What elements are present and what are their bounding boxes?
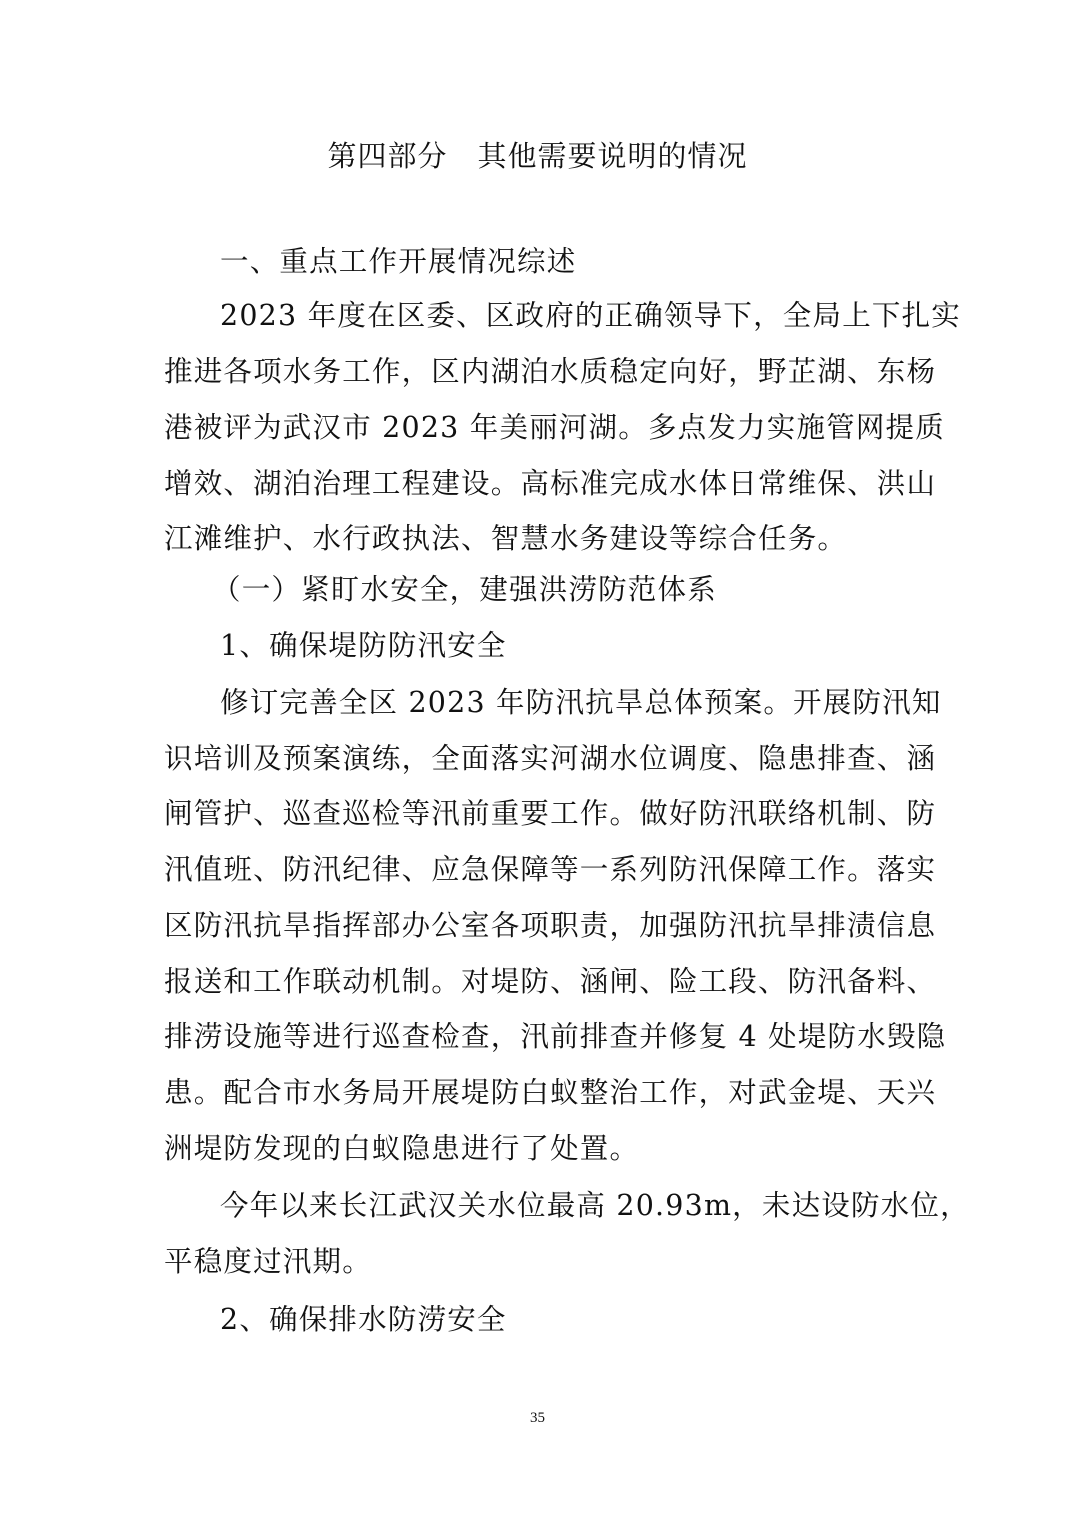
heading-level-2: （一）紧盯水安全，建强洪涝防范体系 <box>212 570 960 610</box>
section-title: 第四部分 其他需要说明的情况 <box>0 134 1075 175</box>
paragraph-line: 洲堤防发现的白蚁隐患进行了处置。 <box>164 1129 912 1169</box>
paragraph-line: 汛值班、防汛纪律、应急保障等一系列防汛保障工作。落实 <box>164 850 912 890</box>
paragraph-line: 区防汛抗旱指挥部办公室各项职责，加强防汛抗旱排渍信息 <box>164 906 912 946</box>
paragraph-line: 增效、湖泊治理工程建设。高标准完成水体日常维保、洪山 <box>164 464 912 504</box>
paragraph-line: 修订完善全区 2023 年防汛抗旱总体预案。开展防汛知 <box>220 683 968 723</box>
paragraph-line: 患。配合市水务局开展堤防白蚁整治工作，对武金堤、天兴 <box>164 1073 912 1113</box>
paragraph-line: 港被评为武汉市 2023 年美丽河湖。多点发力实施管网提质 <box>164 408 912 448</box>
page-number: 35 <box>0 1410 1075 1427</box>
heading-level-3: 2、确保排水防涝安全 <box>220 1300 968 1340</box>
paragraph-line: 江滩维护、水行政执法、智慧水务建设等综合任务。 <box>164 519 912 559</box>
paragraph-line: 平稳度过汛期。 <box>164 1242 912 1282</box>
heading-level-1: 一、重点工作开展情况综述 <box>220 242 968 282</box>
paragraph-line: 推进各项水务工作，区内湖泊水质稳定向好，野芷湖、东杨 <box>164 352 912 392</box>
document-page: 第四部分 其他需要说明的情况 一、重点工作开展情况综述 2023 年度在区委、区… <box>0 0 1075 1520</box>
heading-level-3: 1、确保堤防防汛安全 <box>220 626 968 666</box>
paragraph-line: 今年以来长江武汉关水位最高 20.93m，未达设防水位， <box>220 1186 968 1226</box>
paragraph-line: 闸管护、巡查巡检等汛前重要工作。做好防汛联络机制、防 <box>164 794 912 834</box>
paragraph-line: 识培训及预案演练，全面落实河湖水位调度、隐患排查、涵 <box>164 739 912 779</box>
paragraph-line: 排涝设施等进行巡查检查，汛前排查并修复 4 处堤防水毁隐 <box>164 1017 912 1057</box>
paragraph-line: 2023 年度在区委、区政府的正确领导下，全局上下扎实 <box>220 296 968 336</box>
paragraph-line: 报送和工作联动机制。对堤防、涵闸、险工段、防汛备料、 <box>164 962 912 1002</box>
